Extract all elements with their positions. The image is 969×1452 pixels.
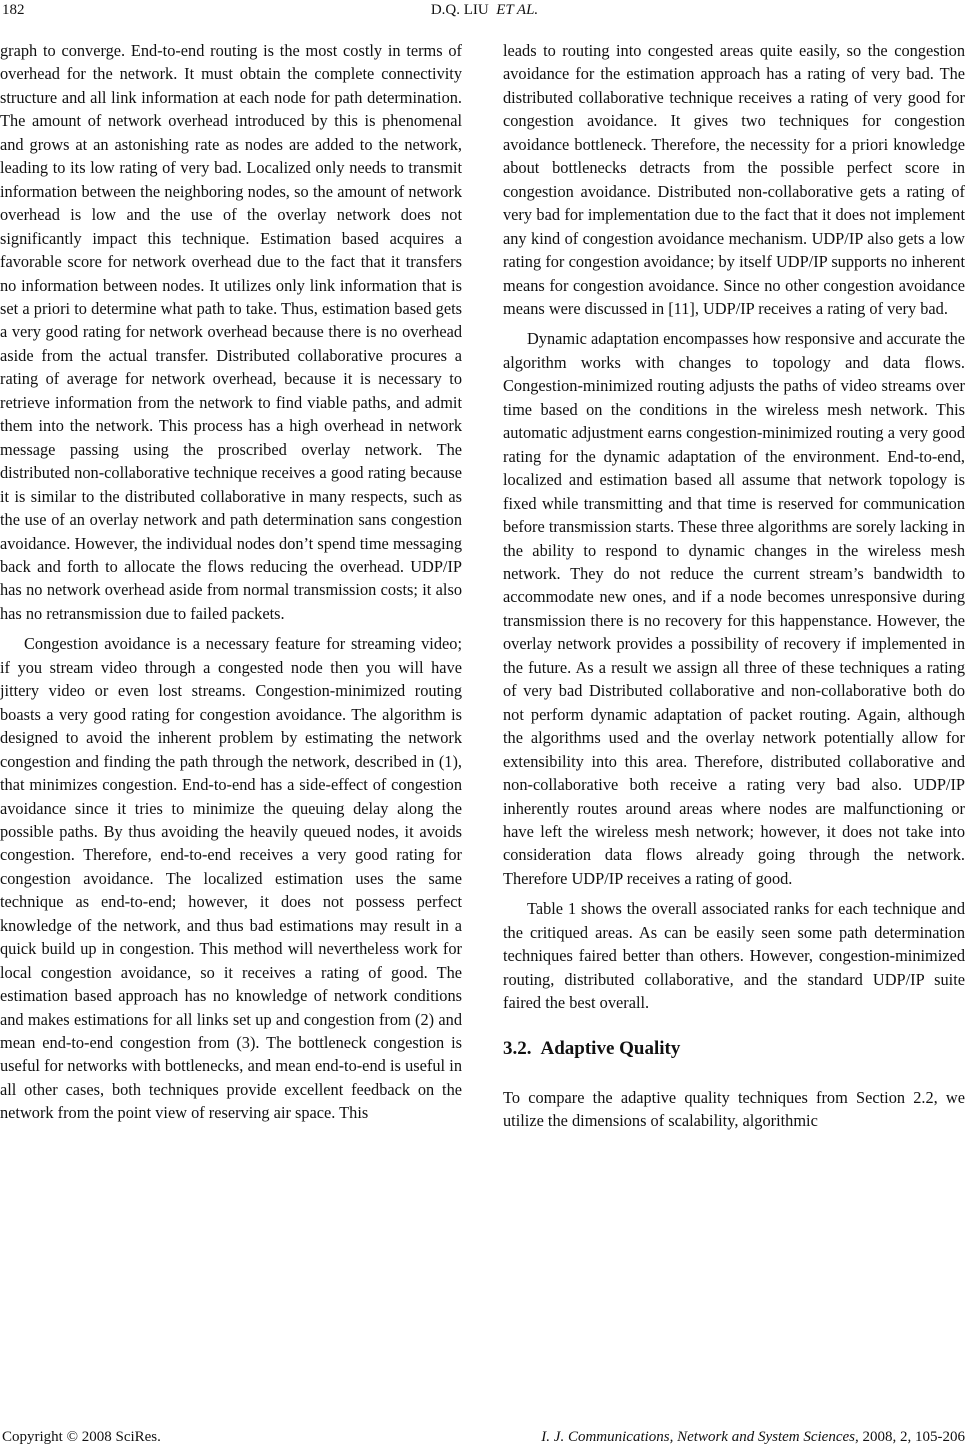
section-title: Adaptive Quality xyxy=(541,1038,681,1059)
page-header: 182 D.Q. LIU ET AL. xyxy=(0,2,969,26)
section-number: 3.2. xyxy=(503,1038,532,1059)
paragraph-dynamic-adaptation: Dynamic adaptation encompasses how respo… xyxy=(503,327,965,890)
paragraph-congestion-avoidance: Congestion avoidance is a necessary feat… xyxy=(0,632,462,1125)
journal-name: I. J. Communications, Network and System… xyxy=(541,1429,855,1445)
et-al: ET AL. xyxy=(496,2,538,18)
author-names: D.Q. LIU xyxy=(431,2,489,18)
paragraph-table-summary: Table 1 shows the overall associated ran… xyxy=(503,897,965,1014)
section-heading: 3.2.Adaptive Quality xyxy=(503,1037,965,1060)
right-column: leads to routing into congested areas qu… xyxy=(503,39,965,1140)
left-column: graph to converge. End-to-end routing is… xyxy=(0,39,462,1132)
running-title: D.Q. LIU ET AL. xyxy=(0,2,969,19)
journal-citation: I. J. Communications, Network and System… xyxy=(541,1429,965,1446)
copyright-notice: Copyright © 2008 SciRes. xyxy=(2,1429,161,1446)
paragraph-adaptive-quality: To compare the adaptive quality techniqu… xyxy=(503,1086,965,1133)
paragraph-network-overhead: graph to converge. End-to-end routing is… xyxy=(0,39,462,625)
journal-details: , 2008, 2, 105-206 xyxy=(855,1429,965,1445)
paragraph-congestion-continued: leads to routing into congested areas qu… xyxy=(503,39,965,320)
